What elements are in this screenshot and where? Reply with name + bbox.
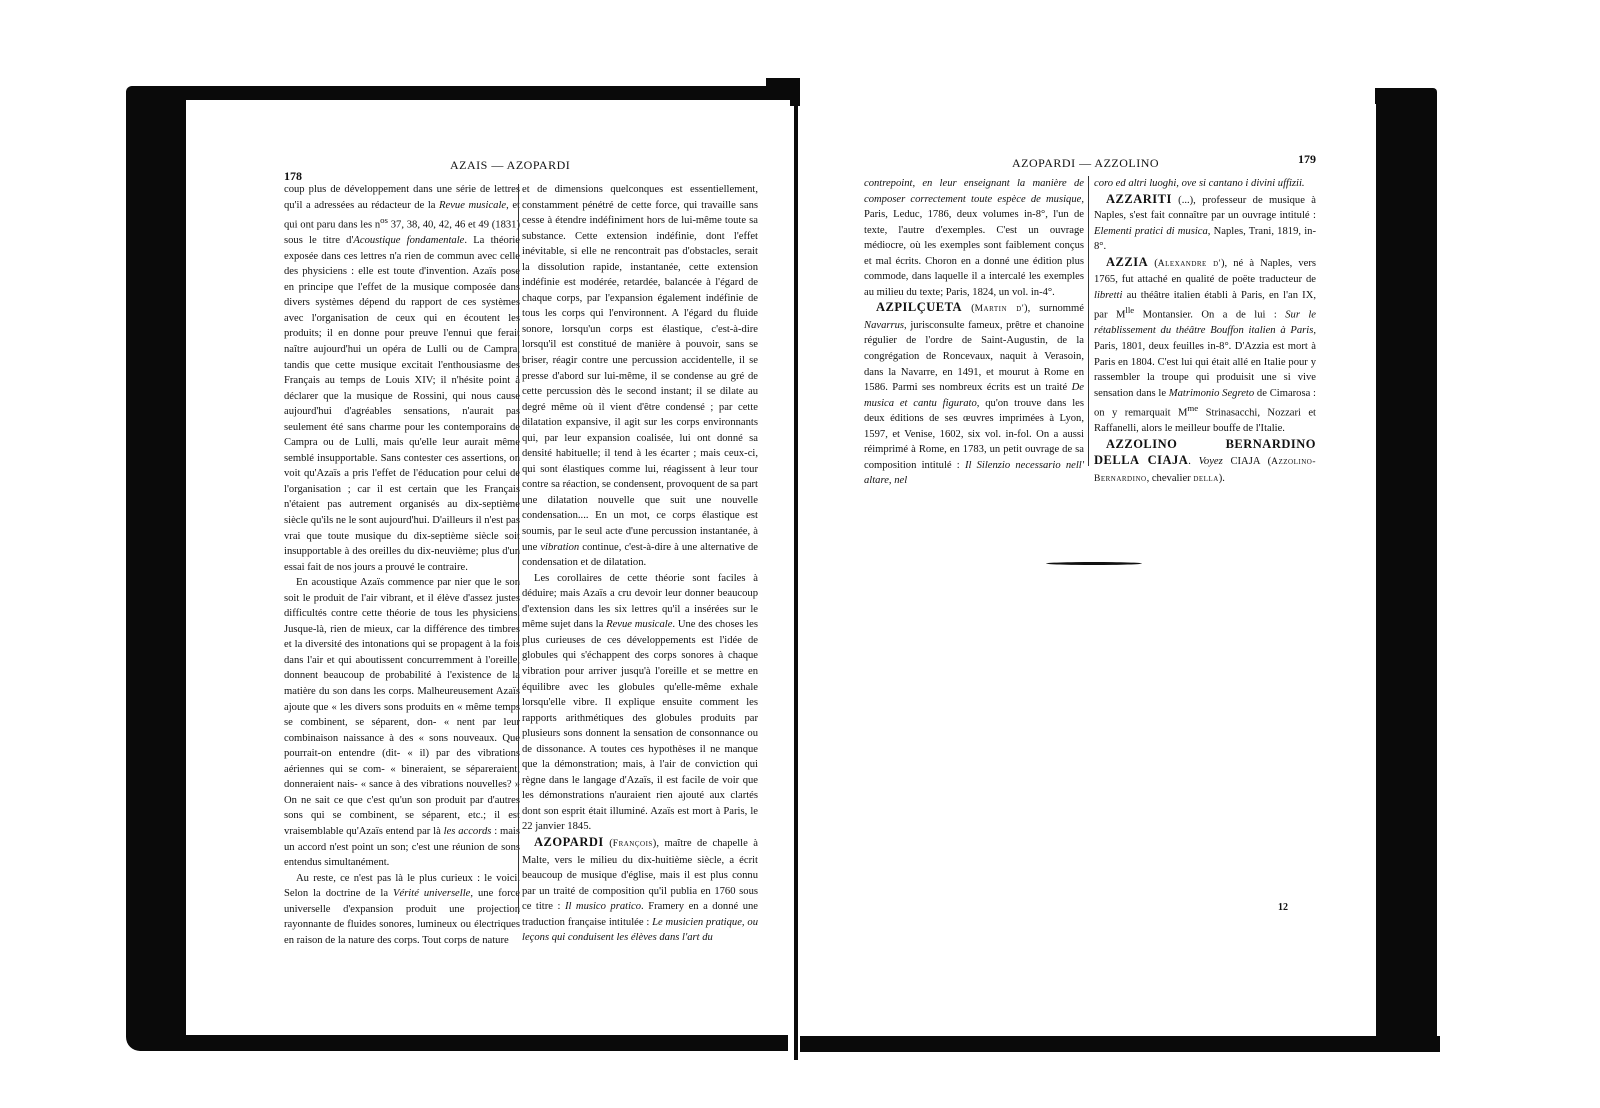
text-column-2: et de dimensions quelconques est essenti… xyxy=(522,182,758,946)
paragraph: AZPILÇUETA (Martin d'), surnommé Navarru… xyxy=(864,300,1084,489)
column-rule xyxy=(1088,176,1089,466)
book-cover-bottom-right xyxy=(800,1036,1440,1052)
text-column-2: coro ed altri luoghi, ove si cantano i d… xyxy=(1094,176,1316,487)
paragraph: AZZOLINO BERNARDINO DELLA CIAJA. Voyez C… xyxy=(1094,437,1316,488)
paragraph: coro ed altri luoghi, ove si cantano i d… xyxy=(1094,176,1316,192)
paragraph: AZOPARDI (François), maître de chapelle … xyxy=(522,835,758,946)
signature-mark: 12 xyxy=(1278,902,1288,913)
left-page: 178 AZAIS — AZOPARDI coup plus de dévelo… xyxy=(186,100,790,1035)
paragraph: coup plus de développement dans une séri… xyxy=(284,182,520,575)
text-column-1: coup plus de développement dans une séri… xyxy=(284,182,520,948)
page-number: 179 xyxy=(1298,152,1316,167)
paragraph: AZZARITI (...), professeur de musique à … xyxy=(1094,192,1316,255)
paragraph: et de dimensions quelconques est essenti… xyxy=(522,182,758,571)
paragraph: Les corollaires de cette théorie sont fa… xyxy=(522,571,758,835)
gutter-line xyxy=(794,100,798,1060)
paragraph: AZZIA (Alexandre d'), né à Naples, vers … xyxy=(1094,255,1316,437)
running-head: AZOPARDI — AZZOLINO xyxy=(1012,156,1159,171)
paragraph: En acoustique Azaïs commence par nier qu… xyxy=(284,575,520,870)
column-rule xyxy=(518,184,519,914)
text-column-1: contrepoint, en leur enseignant la maniè… xyxy=(864,176,1084,489)
paragraph: contrepoint, en leur enseignant la maniè… xyxy=(864,176,1084,300)
end-ornament xyxy=(1046,562,1142,565)
running-head: AZAIS — AZOPARDI xyxy=(450,158,570,173)
right-page: AZOPARDI — AZZOLINO 179 contrepoint, en … xyxy=(800,104,1376,1036)
book-cover-right xyxy=(1375,88,1437,1050)
paragraph: Au reste, ce n'est pas là le plus curieu… xyxy=(284,871,520,949)
